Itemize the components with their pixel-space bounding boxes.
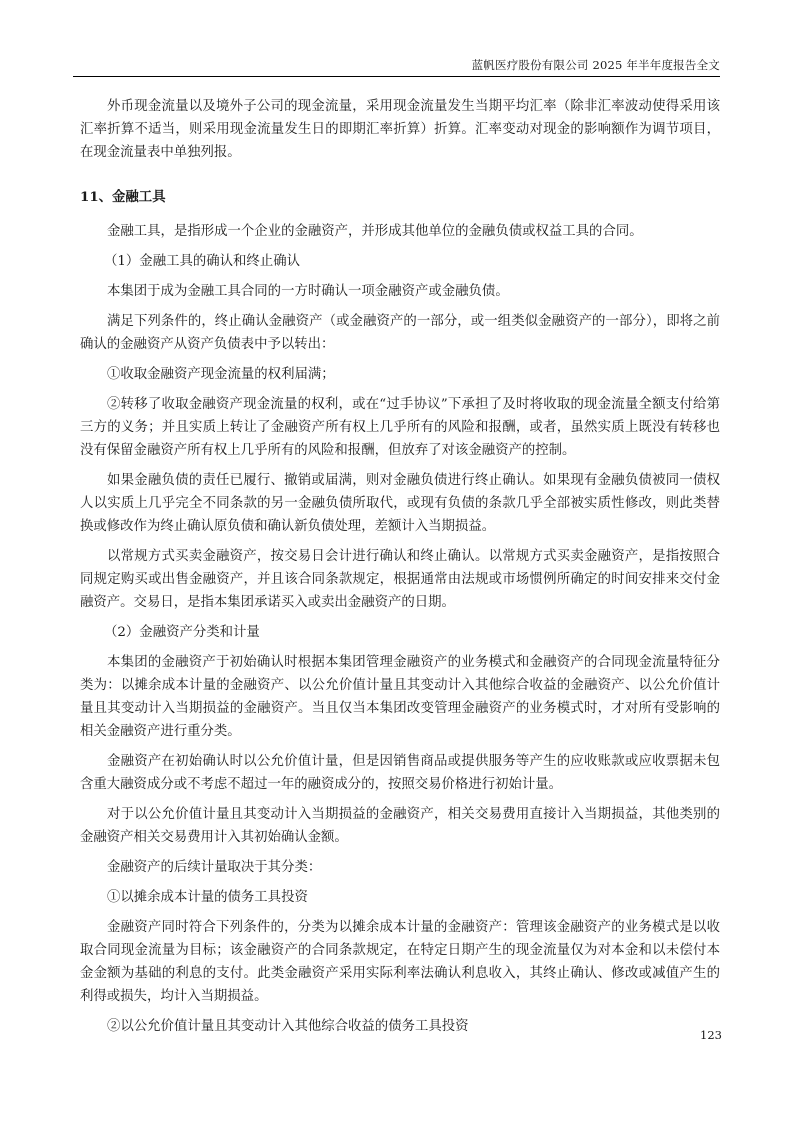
paragraph-condition-2: ②转移了收取金融资产现金流量的权利，或在“过手协议”下承担了及时将收取的现金流量… xyxy=(80,393,720,462)
page-number: 123 xyxy=(700,1028,722,1042)
paragraph-subsequent-measurement: 金融资产的后续计量取决于其分类： xyxy=(80,856,720,879)
subheading-classification: （2）金融资产分类和计量 xyxy=(80,621,720,644)
paragraph-definition: 金融工具，是指形成一个企业的金融资产，并形成其他单位的金融负债或权益工具的合同。 xyxy=(80,220,720,243)
paragraph-liability-derecognition: 如果金融负债的责任已履行、撤销或届满，则对金融负债进行终止确认。如果现有金融负债… xyxy=(80,469,720,538)
page-header: 蓝帆医疗股份有限公司 2025 年半年度报告全文 xyxy=(73,52,720,77)
subheading-recognition: （1）金融工具的确认和终止确认 xyxy=(80,250,720,273)
paragraph-initial-measurement: 金融资产在初始确认时以公允价值计量，但是因销售商品或提供服务等产生的应收账款或应… xyxy=(80,750,720,796)
paragraph-derecognition-conditions: 满足下列条件的，终止确认金融资产（或金融资产的一部分，或一组类似金融资产的一部分… xyxy=(80,310,720,356)
document-body: 外币现金流量以及境外子公司的现金流量，采用现金流量发生当期平均汇率（除非汇率波动… xyxy=(80,95,720,1045)
paragraph-condition-1: ①收取金融资产现金流量的权利届满； xyxy=(80,363,720,386)
paragraph-amortised-cost: 金融资产同时符合下列条件的，分类为以摊余成本计量的金融资产：管理该金融资产的业务… xyxy=(80,916,720,1008)
paragraph-regular-way-trade: 以常规方式买卖金融资产，按交易日会计进行确认和终止确认。以常规方式买卖金融资产，… xyxy=(80,545,720,614)
report-title: 蓝帆医疗股份有限公司 2025 年半年度报告全文 xyxy=(472,57,720,73)
paragraph-classification: 本集团的金融资产于初始确认时根据本集团管理金融资产的业务模式和金融资产的合同现金… xyxy=(80,651,720,743)
paragraph-transaction-costs: 对于以公允价值计量且其变动计入当期损益的金融资产，相关交易费用直接计入当期损益，… xyxy=(80,803,720,849)
section-heading-financial-instruments: 11、金融工具 xyxy=(80,186,720,209)
paragraph-fvoci-heading: ②以公允价值计量且其变动计入其他综合收益的债务工具投资 xyxy=(80,1015,720,1038)
paragraph-fx-cash-flow: 外币现金流量以及境外子公司的现金流量，采用现金流量发生当期平均汇率（除非汇率波动… xyxy=(80,95,720,164)
paragraph-amortised-cost-heading: ①以摊余成本计量的债务工具投资 xyxy=(80,886,720,909)
paragraph-recognition: 本集团于成为金融工具合同的一方时确认一项金融资产或金融负债。 xyxy=(80,280,720,303)
